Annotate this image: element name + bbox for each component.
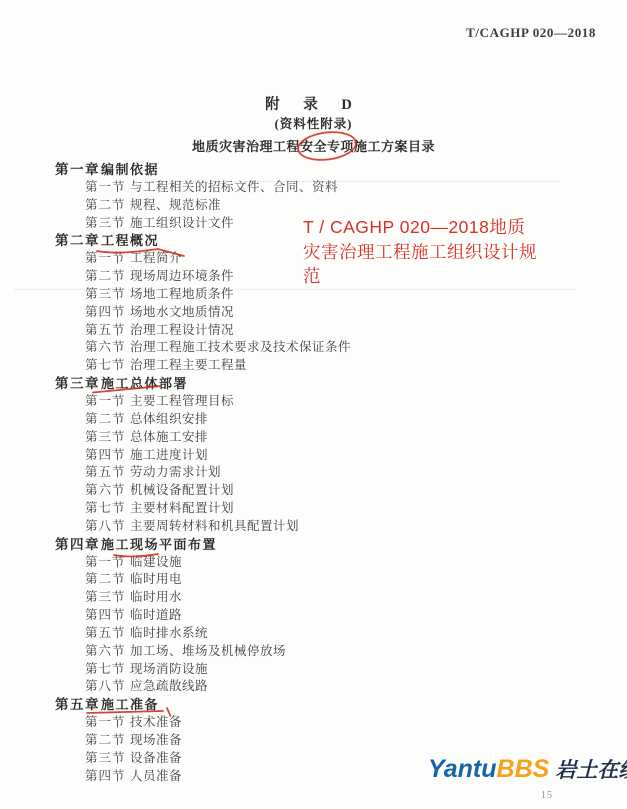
chapter-label: 第一章 xyxy=(55,161,100,179)
section-title: 机械设备配置计划 xyxy=(130,482,234,500)
section-label: 第六节 xyxy=(85,482,126,500)
note-line: T / CAGHP 020—2018地质 xyxy=(303,215,537,240)
section-title: 主要材料配置计划 xyxy=(130,500,234,518)
document-page: T/CAGHP 020—2018 附 录 D (资料性附录) 地质灾害治理工程安… xyxy=(0,0,627,809)
section-title: 应急疏散线路 xyxy=(130,678,208,696)
toc-section-row: 第二节规程、规范标准 xyxy=(0,197,627,215)
note-line: 范 xyxy=(303,264,537,289)
section-title: 劳动力需求计划 xyxy=(130,464,221,482)
section-label: 第一节 xyxy=(85,714,126,732)
logo-bbs: BBS xyxy=(497,755,550,783)
section-title: 治理工程施工技术要求及技术保证条件 xyxy=(130,339,351,357)
standard-reference: T/CAGHP 020—2018 xyxy=(466,25,596,41)
section-label: 第六节 xyxy=(85,339,126,357)
section-label: 第一节 xyxy=(85,250,126,268)
section-title: 临时排水系统 xyxy=(130,625,208,643)
chapter-label: 第五章 xyxy=(55,696,100,714)
section-label: 第二节 xyxy=(85,411,126,429)
section-label: 第一节 xyxy=(85,393,126,411)
section-label: 第四节 xyxy=(85,447,126,465)
toc-section-row: 第五节临时排水系统 xyxy=(0,625,627,643)
chapter-label: 第二章 xyxy=(55,232,100,250)
section-label: 第七节 xyxy=(85,500,126,518)
title-block: 附 录 D (资料性附录) 地质灾害治理工程安全专项施工方案目录 xyxy=(0,97,627,155)
toc-chapter-row: 第三章施工总体部署 xyxy=(0,375,627,393)
logo-chinese-name: 岩土在线 xyxy=(555,759,627,782)
section-label: 第三节 xyxy=(85,286,126,304)
section-title: 总体施工安排 xyxy=(130,429,208,447)
section-label: 第七节 xyxy=(85,661,126,679)
chapter-title: 工程概况 xyxy=(101,232,159,250)
section-label: 第二节 xyxy=(85,268,126,286)
section-title: 施工组织设计文件 xyxy=(130,215,234,233)
section-label: 第八节 xyxy=(85,518,126,536)
document-title: 地质灾害治理工程安全专项施工方案目录 xyxy=(0,139,627,155)
toc-section-row: 第七节主要材料配置计划 xyxy=(0,500,627,518)
section-title: 规程、规范标准 xyxy=(130,197,221,215)
section-title: 主要周转材料和机具配置计划 xyxy=(130,518,299,536)
section-title: 临建设施 xyxy=(130,554,182,572)
section-title: 施工进度计划 xyxy=(130,447,208,465)
section-label: 第二节 xyxy=(85,732,126,750)
section-label: 第五节 xyxy=(85,322,126,340)
section-label: 第三节 xyxy=(85,589,126,607)
section-label: 第七节 xyxy=(85,357,126,375)
section-label: 第六节 xyxy=(85,643,126,661)
chapter-title: 施工现场平面布置 xyxy=(101,536,217,554)
section-title: 主要工程管理目标 xyxy=(130,393,234,411)
document-title-prefix: 地质灾害治理工程 xyxy=(192,139,300,154)
chapter-title: 施工准备 xyxy=(101,696,159,714)
toc-section-row: 第一节临建设施 xyxy=(0,554,627,572)
appendix-subtitle: (资料性附录) xyxy=(0,116,627,132)
toc-section-row: 第一节主要工程管理目标 xyxy=(0,393,627,411)
toc-chapter-row: 第五章施工准备 xyxy=(0,696,627,714)
section-title: 治理工程设计情况 xyxy=(130,322,234,340)
toc-section-row: 第三节临时用水 xyxy=(0,589,627,607)
section-title: 工程简介 xyxy=(130,250,182,268)
toc-section-row: 第二节总体组织安排 xyxy=(0,411,627,429)
toc-section-row: 第六节加工场、堆场及机械停放场 xyxy=(0,643,627,661)
toc-section-row: 第七节治理工程主要工程量 xyxy=(0,357,627,375)
toc-section-row: 第六节治理工程施工技术要求及技术保证条件 xyxy=(0,339,627,357)
section-label: 第三节 xyxy=(85,750,126,768)
section-label: 第一节 xyxy=(85,179,126,197)
toc-chapter-row: 第四章施工现场平面布置 xyxy=(0,536,627,554)
note-line: 灾害治理工程施工组织设计规 xyxy=(303,240,537,265)
section-title: 临时道路 xyxy=(130,607,182,625)
appendix-title: 附 录 D xyxy=(0,97,627,113)
toc-chapter-row: 第一章编制依据 xyxy=(0,161,627,179)
section-label: 第二节 xyxy=(85,197,126,215)
toc-section-row: 第三节总体施工安排 xyxy=(0,429,627,447)
section-title: 设备准备 xyxy=(130,750,182,768)
page-number: 15 xyxy=(541,790,553,801)
toc-section-row: 第五节劳动力需求计划 xyxy=(0,464,627,482)
toc-section-row: 第四节场地水文地质情况 xyxy=(0,304,627,322)
toc-section-row: 第四节施工进度计划 xyxy=(0,447,627,465)
section-label: 第五节 xyxy=(85,625,126,643)
chapter-title: 编制依据 xyxy=(101,161,159,179)
toc-section-row: 第四节临时道路 xyxy=(0,607,627,625)
section-title: 临时用电 xyxy=(130,571,182,589)
section-title: 技术准备 xyxy=(130,714,182,732)
toc-section-row: 第五节治理工程设计情况 xyxy=(0,322,627,340)
section-title: 临时用水 xyxy=(130,589,182,607)
logo-yantu: Yantu xyxy=(428,755,497,783)
red-annotation-note: T / CAGHP 020—2018地质灾害治理工程施工组织设计规范 xyxy=(303,215,537,289)
section-title: 场地工程地质条件 xyxy=(130,286,234,304)
section-label: 第四节 xyxy=(85,607,126,625)
toc-section-row: 第六节机械设备配置计划 xyxy=(0,482,627,500)
section-title: 场地水文地质情况 xyxy=(130,304,234,322)
section-title: 现场周边环境条件 xyxy=(130,268,234,286)
section-title: 加工场、堆场及机械停放场 xyxy=(130,643,286,661)
toc-section-row: 第二节临时用电 xyxy=(0,571,627,589)
section-title: 现场消防设施 xyxy=(130,661,208,679)
section-title: 与工程相关的招标文件、合同、资料 xyxy=(130,179,338,197)
section-label: 第二节 xyxy=(85,571,126,589)
chapter-label: 第四章 xyxy=(55,536,100,554)
yantubbs-logo: YantuBBS岩土在线 xyxy=(428,754,627,784)
toc-section-row: 第七节现场消防设施 xyxy=(0,661,627,679)
section-label: 第三节 xyxy=(85,215,126,233)
toc-section-row: 第一节与工程相关的招标文件、合同、资料 xyxy=(0,179,627,197)
section-label: 第一节 xyxy=(85,554,126,572)
toc-section-row: 第三节场地工程地质条件 xyxy=(0,286,627,304)
toc-section-row: 第八节主要周转材料和机具配置计划 xyxy=(0,518,627,536)
section-label: 第四节 xyxy=(85,768,126,786)
chapter-label: 第三章 xyxy=(55,375,100,393)
toc-section-row: 第八节应急疏散线路 xyxy=(0,678,627,696)
section-title: 治理工程主要工程量 xyxy=(130,357,247,375)
toc-section-row: 第二节现场准备 xyxy=(0,732,627,750)
section-label: 第五节 xyxy=(85,464,126,482)
section-label: 第八节 xyxy=(85,678,126,696)
toc-section-row: 第一节技术准备 xyxy=(0,714,627,732)
section-label: 第四节 xyxy=(85,304,126,322)
chapter-title: 施工总体部署 xyxy=(101,375,188,393)
section-label: 第三节 xyxy=(85,429,126,447)
document-title-circled-text: 安全专项 xyxy=(300,139,354,154)
section-title: 现场准备 xyxy=(130,732,182,750)
document-title-suffix: 施工方案目录 xyxy=(354,139,435,154)
section-title: 总体组织安排 xyxy=(130,411,208,429)
section-title: 人员准备 xyxy=(130,768,182,786)
